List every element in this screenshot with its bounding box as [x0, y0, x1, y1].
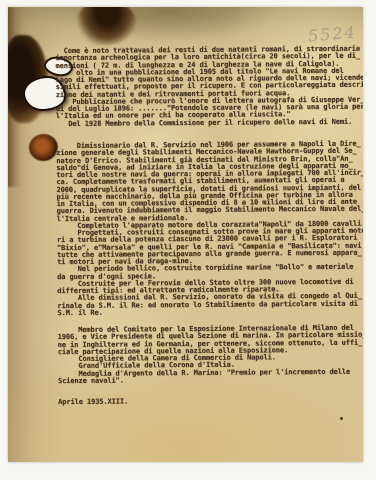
stain-spot — [29, 134, 58, 161]
burn-mark-left — [8, 35, 48, 123]
paragraph-career-stabilimenti: Dimissionario dal R. Servizio nel 1906 p… — [56, 141, 363, 317]
charred-left-edge — [8, 7, 22, 187]
scanned-document-page: 5524 Come è noto trattavasi dei resti di… — [8, 7, 363, 462]
typewritten-text: Come è noto trattavasi dei resti di due … — [55, 7, 363, 462]
date-line: Aprile 1935.XIII. — [58, 398, 128, 406]
paragraph-honors: Membro del Comitato per la Esposizione I… — [58, 325, 363, 385]
paragraph-nemi-ships: Come è noto trattavasi dei resti di due … — [55, 46, 363, 128]
